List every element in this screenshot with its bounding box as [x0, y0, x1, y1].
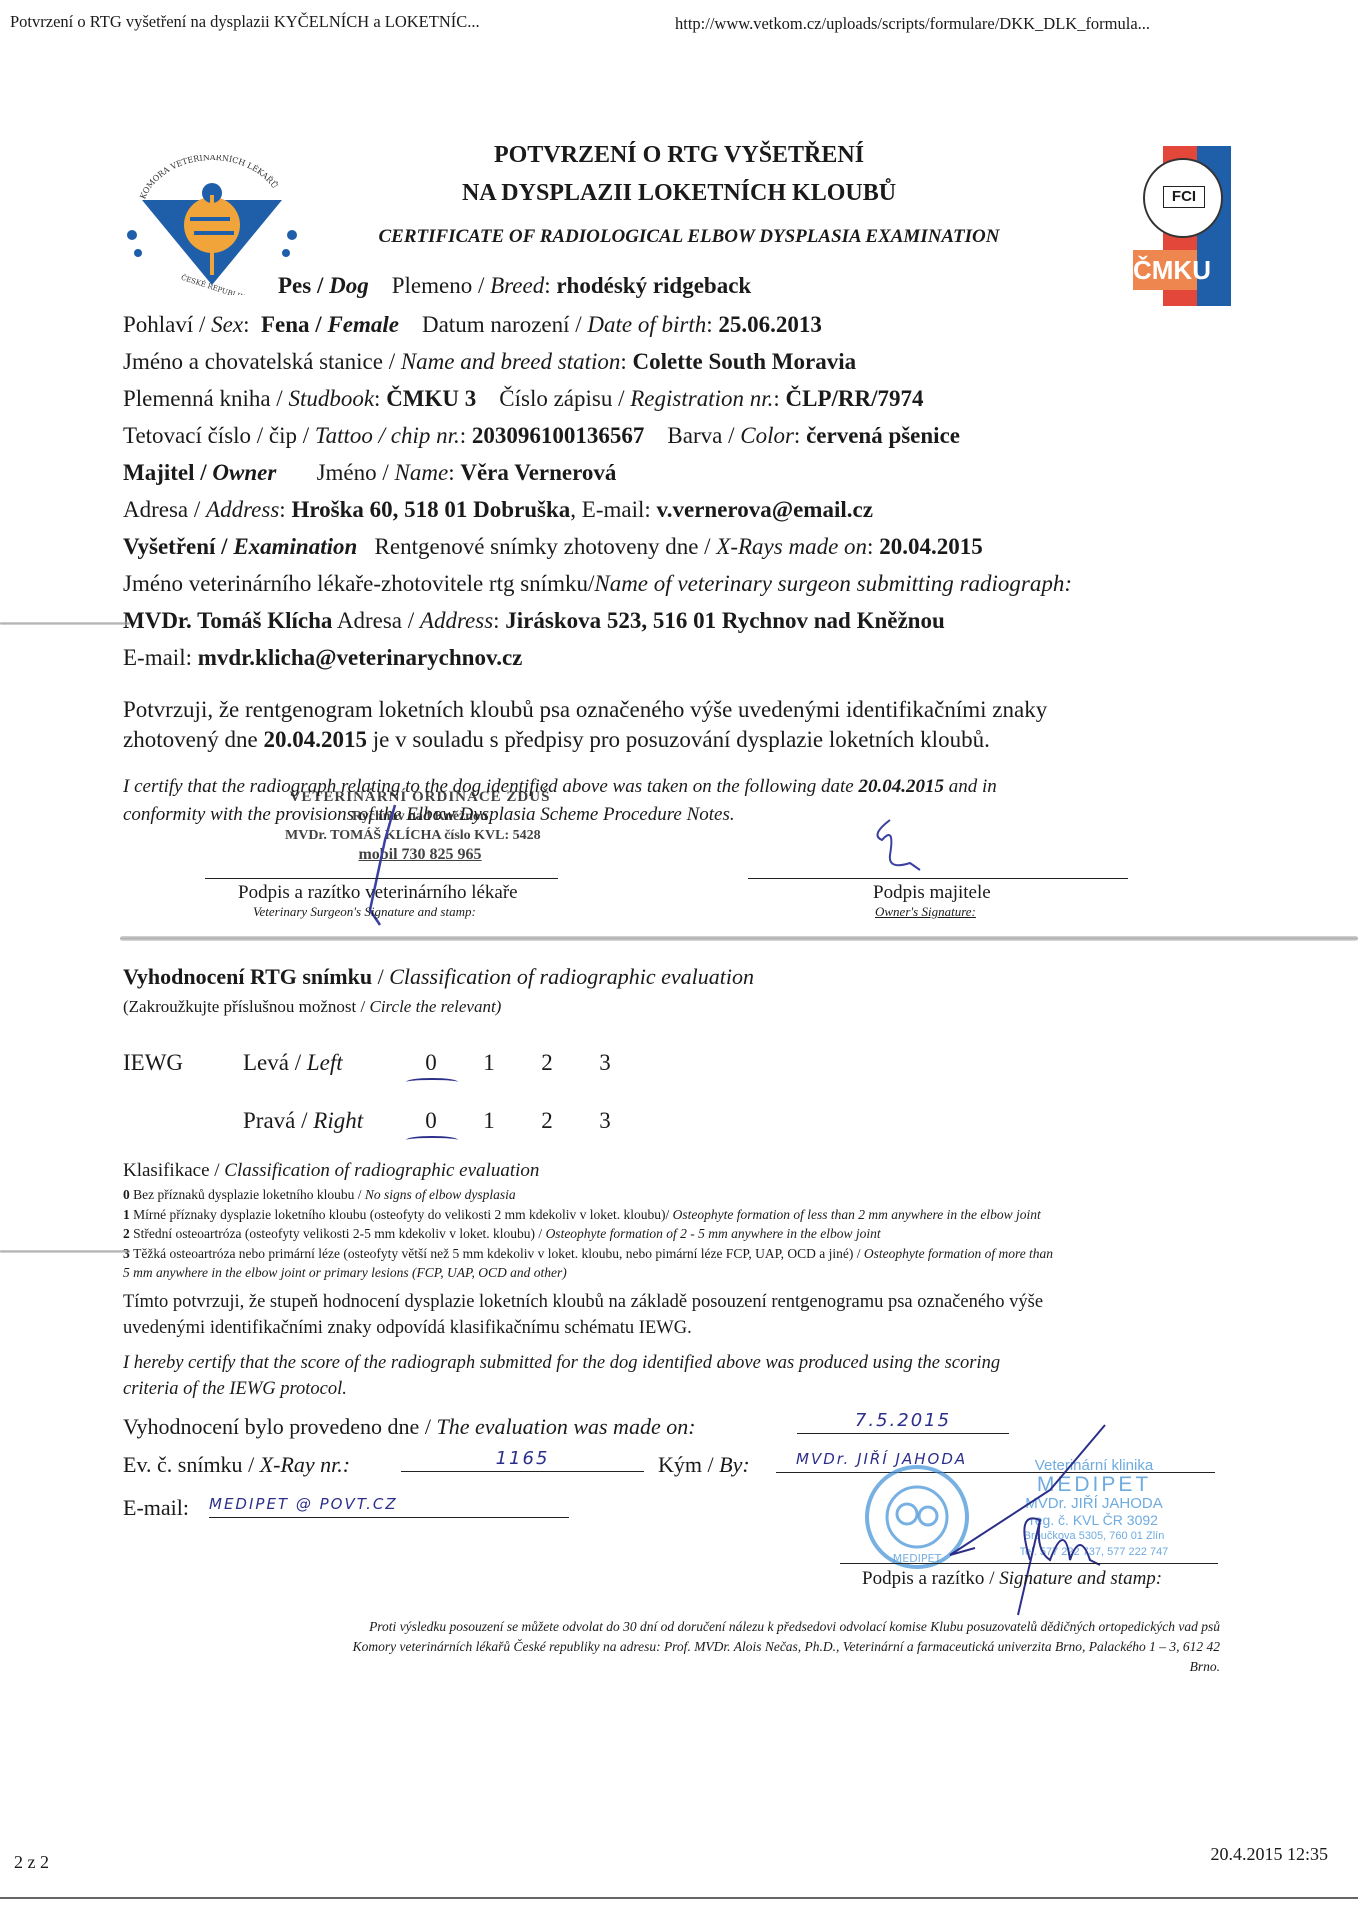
by-label: Kým / By:: [658, 1452, 750, 1478]
vet-signature-label-en: Veterinary Surgeon's Signature and stamp…: [253, 904, 476, 920]
left-grade-option-2[interactable]: 2: [518, 1050, 576, 1076]
classification-item: 0 Bez příznaků dysplazie loketního kloub…: [123, 1185, 1053, 1205]
vet-name-value: MVDr. Tomáš Klícha: [123, 608, 332, 633]
vet-stamp: VETERINÁRNÍ ORDINACE ZDUŠ Rychnov nad Kn…: [255, 788, 585, 864]
classification-item-continuation: 5 mm anywhere in the elbow joint or prim…: [123, 1263, 1053, 1283]
evaluator-signature-icon: [900, 1420, 1130, 1620]
dog-sex-dob-row: Pohlaví / Sex: Fena / Female Datum naroz…: [123, 312, 822, 338]
evaluator-signature-label: Podpis a razítko / Signature and stamp:: [862, 1568, 1162, 1590]
page-number: 2 z 2: [14, 1852, 49, 1873]
vet-email-row: E-mail: mvdr.klicha@veterinarychnov.cz: [123, 645, 522, 671]
examination-row: Vyšetření / Examination Rentgenové snímk…: [123, 534, 983, 560]
left-grade-option-0[interactable]: 0: [402, 1050, 460, 1076]
certify-en-1: I hereby certify that the score of the r…: [123, 1353, 1000, 1374]
chip-value: 203096100136567: [472, 423, 645, 448]
left-elbow-grades: 0123: [402, 1050, 634, 1076]
certify-en-2: criteria of the IEWG protocol.: [123, 1379, 347, 1400]
classification-list: 0 Bez příznaků dysplazie loketního kloub…: [123, 1185, 1053, 1283]
left-grade-option-3[interactable]: 3: [576, 1050, 634, 1076]
left-elbow-label: Levá / Left: [243, 1050, 343, 1076]
right-grade-option-3[interactable]: 3: [576, 1108, 634, 1134]
classification-title: Klasifikace / Classification of radiogra…: [123, 1160, 539, 1182]
print-page-title: Potvrzení o RTG vyšetření na dysplazii K…: [10, 12, 480, 32]
right-elbow-label: Pravá / Right: [243, 1108, 363, 1134]
evaluation-instructions: (Zakroužkujte příslušnou možnost / Circl…: [123, 997, 501, 1017]
xray-date-value: 20.04.2015: [879, 534, 983, 559]
title-subtitle: CERTIFICATE OF RADIOLOGICAL ELBOW DYSPLA…: [0, 226, 1358, 248]
selected-grade-mark-icon: [406, 1078, 458, 1086]
evaluation-date-label: Vyhodnocení bylo provedeno dne / The eva…: [123, 1414, 696, 1440]
title-line-1: POTVRZENÍ O RTG VYŠETŘENÍ: [0, 142, 1358, 169]
owner-name-value: Věra Vernerová: [460, 460, 616, 485]
owner-signature-icon: [860, 815, 940, 885]
certify-cz-2: uvedenými identifikačními znaky odpovídá…: [123, 1318, 692, 1339]
dog-breed-row: Pes / Dog Plemeno / Breed: rhodéský ridg…: [278, 273, 751, 299]
right-grade-option-0[interactable]: 0: [402, 1108, 460, 1134]
dob-value: 25.06.2013: [718, 312, 822, 337]
dog-name-value: Colette South Moravia: [633, 349, 857, 374]
xray-nr-label: Ev. č. snímku / X-Ray nr.:: [123, 1452, 350, 1478]
owner-address-row: Adresa / Address: Hroška 60, 518 01 Dobr…: [123, 497, 873, 523]
right-grade-option-2[interactable]: 2: [518, 1108, 576, 1134]
owner-signature-label-en: Owner's Signature:: [875, 904, 976, 920]
evaluation-title: Vyhodnocení RTG snímku / Classification …: [123, 964, 754, 990]
confirmation-cz-1: Potvrzuji, že rentgenogram loketních klo…: [123, 697, 1047, 723]
dog-name-row: Jméno a chovatelská stanice / Name and b…: [123, 349, 856, 375]
owner-signature-label: Podpis majitele: [873, 882, 991, 904]
print-url: http://www.vetkom.cz/uploads/scripts/for…: [675, 14, 1150, 34]
appeal-note: Proti výsledku posouzení se můžete odvol…: [120, 1617, 1220, 1677]
print-timestamp: 20.4.2015 12:35: [1210, 1844, 1328, 1865]
vet-signature-label: Podpis a razítko veterinárního lékaře: [238, 882, 518, 904]
registration-value: ČLP/RR/7974: [786, 386, 924, 411]
right-grade-option-1[interactable]: 1: [460, 1108, 518, 1134]
breed-value: rhodéský ridgeback: [556, 273, 751, 298]
selected-grade-mark-icon: [406, 1136, 458, 1144]
classification-item: 1 Mírné příznaky dysplazie loketního klo…: [123, 1205, 1053, 1225]
vet-name-row: MVDr. Tomáš Klícha Adresa / Address: Jir…: [123, 608, 945, 634]
left-grade-option-1[interactable]: 1: [460, 1050, 518, 1076]
iewg-label: IEWG: [123, 1050, 183, 1076]
confirmation-cz-2: zhotovený dne 20.04.2015 je v souladu s …: [123, 727, 990, 753]
dog-studbook-row: Plemenná kniha / Studbook: ČMKU 3 Číslo …: [123, 386, 924, 412]
dog-chip-row: Tetovací číslo / čip / Tattoo / chip nr.…: [123, 423, 960, 449]
title-line-2: NA DYSPLAZII LOKETNÍCH KLOUBŮ: [0, 180, 1358, 207]
cmku-logo-text: ČMKU: [1133, 250, 1197, 290]
classification-item: 3 Těžká osteoartróza nebo primární léze …: [123, 1244, 1053, 1264]
vet-label-row: Jméno veterinárního lékaře-zhotovitele r…: [123, 571, 1072, 597]
owner-name-row: Majitel / Owner Jméno / Name: Věra Verne…: [123, 460, 616, 486]
owner-email-value: v.vernerova@email.cz: [657, 497, 873, 522]
evaluation-email-label: E-mail:: [123, 1495, 189, 1521]
xray-nr-field[interactable]: 1165: [401, 1448, 644, 1472]
right-elbow-grades: 0123: [402, 1108, 634, 1134]
classification-item: 2 Střední osteoartróza (osteofyty veliko…: [123, 1224, 1053, 1244]
vet-email-value: mvdr.klicha@veterinarychnov.cz: [198, 645, 523, 670]
evaluation-email-field[interactable]: MEDIPET @ POVT.CZ: [209, 1495, 569, 1518]
certify-cz-1: Tímto potvrzuji, že stupeň hodnocení dys…: [123, 1292, 1043, 1313]
